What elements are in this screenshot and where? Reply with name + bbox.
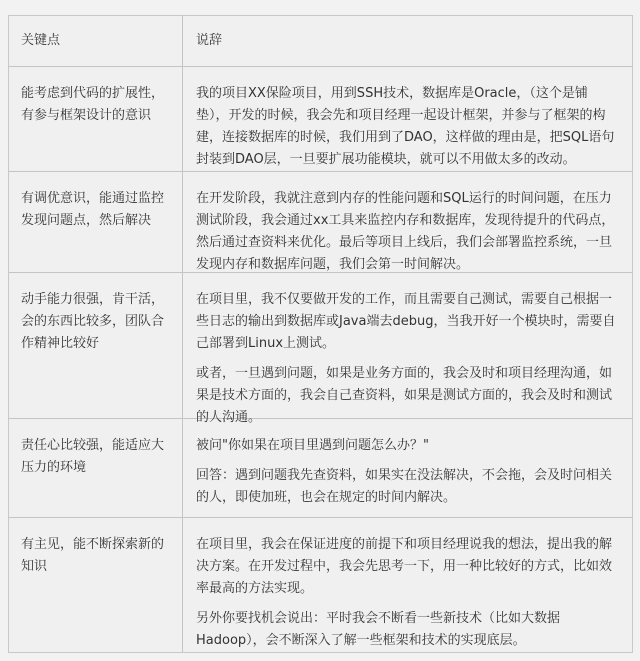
- row-paragraph: 在项目里，我不仅要做开发的工作，而且需要自己测试，需要自己根据一些日志的输出到数…: [196, 289, 618, 355]
- row-paragraph: 我的项目XX保险项目，用到SSH技术，数据库是Oracle，（这个是铺垫），开发…: [196, 83, 618, 171]
- row-paragraph: 被问"你如果在项目里遇到问题怎么办？": [196, 435, 618, 457]
- table-row: 有调优意识，能通过监控发现问题点，然后解决 在开发阶段，我就注意到内存的性能问题…: [9, 172, 632, 273]
- row-key: 有主见，能不断探索新的知识: [9, 518, 183, 652]
- table-header-row: 关键点 说辞: [9, 16, 632, 67]
- row-text: 在项目里，我会在保证进度的前提下和项目经理说我的想法，提出我的解决方案。在开发过…: [183, 518, 632, 652]
- header-text: 说辞: [183, 16, 632, 66]
- row-paragraph: 在项目里，我会在保证进度的前提下和项目经理说我的想法，提出我的解决方案。在开发过…: [196, 534, 618, 600]
- row-paragraph: 回答：遇到问题我先查资料，如果实在没法解决，不会拖，会及时问相关的人，即使加班，…: [196, 465, 618, 509]
- row-key: 动手能力很强，肯干活，会的东西比较多，团队合作精神比较好: [9, 273, 183, 418]
- table-row: 能考虑到代码的扩展性，有参与框架设计的意识 我的项目XX保险项目，用到SSH技术…: [9, 67, 632, 172]
- header-key: 关键点: [9, 16, 183, 66]
- row-text: 我的项目XX保险项目，用到SSH技术，数据库是Oracle，（这个是铺垫），开发…: [183, 67, 632, 171]
- row-key: 有调优意识，能通过监控发现问题点，然后解决: [9, 172, 183, 272]
- row-key: 责任心比较强，能适应大压力的环境: [9, 419, 183, 517]
- row-paragraph: 另外你要找机会说出：平时我会不断看一些新技术（比如大数据Hadoop），会不断深…: [196, 608, 618, 652]
- table-row: 责任心比较强，能适应大压力的环境 被问"你如果在项目里遇到问题怎么办？" 回答：…: [9, 419, 632, 518]
- table-row: 有主见，能不断探索新的知识 在项目里，我会在保证进度的前提下和项目经理说我的想法…: [9, 518, 632, 652]
- row-text: 被问"你如果在项目里遇到问题怎么办？" 回答：遇到问题我先查资料，如果实在没法解…: [183, 419, 632, 517]
- row-text: 在项目里，我不仅要做开发的工作，而且需要自己测试，需要自己根据一些日志的输出到数…: [183, 273, 632, 418]
- row-text: 在开发阶段，我就注意到内存的性能问题和SQL运行的时间问题，在压力测试阶段，我会…: [183, 172, 632, 272]
- table-row: 动手能力很强，肯干活，会的东西比较多，团队合作精神比较好 在项目里，我不仅要做开…: [9, 273, 632, 419]
- row-key: 能考虑到代码的扩展性，有参与框架设计的意识: [9, 67, 183, 171]
- row-paragraph: 在开发阶段，我就注意到内存的性能问题和SQL运行的时间问题，在压力测试阶段，我会…: [196, 188, 618, 276]
- key-points-table: 关键点 说辞 能考虑到代码的扩展性，有参与框架设计的意识 我的项目XX保险项目，…: [8, 15, 633, 653]
